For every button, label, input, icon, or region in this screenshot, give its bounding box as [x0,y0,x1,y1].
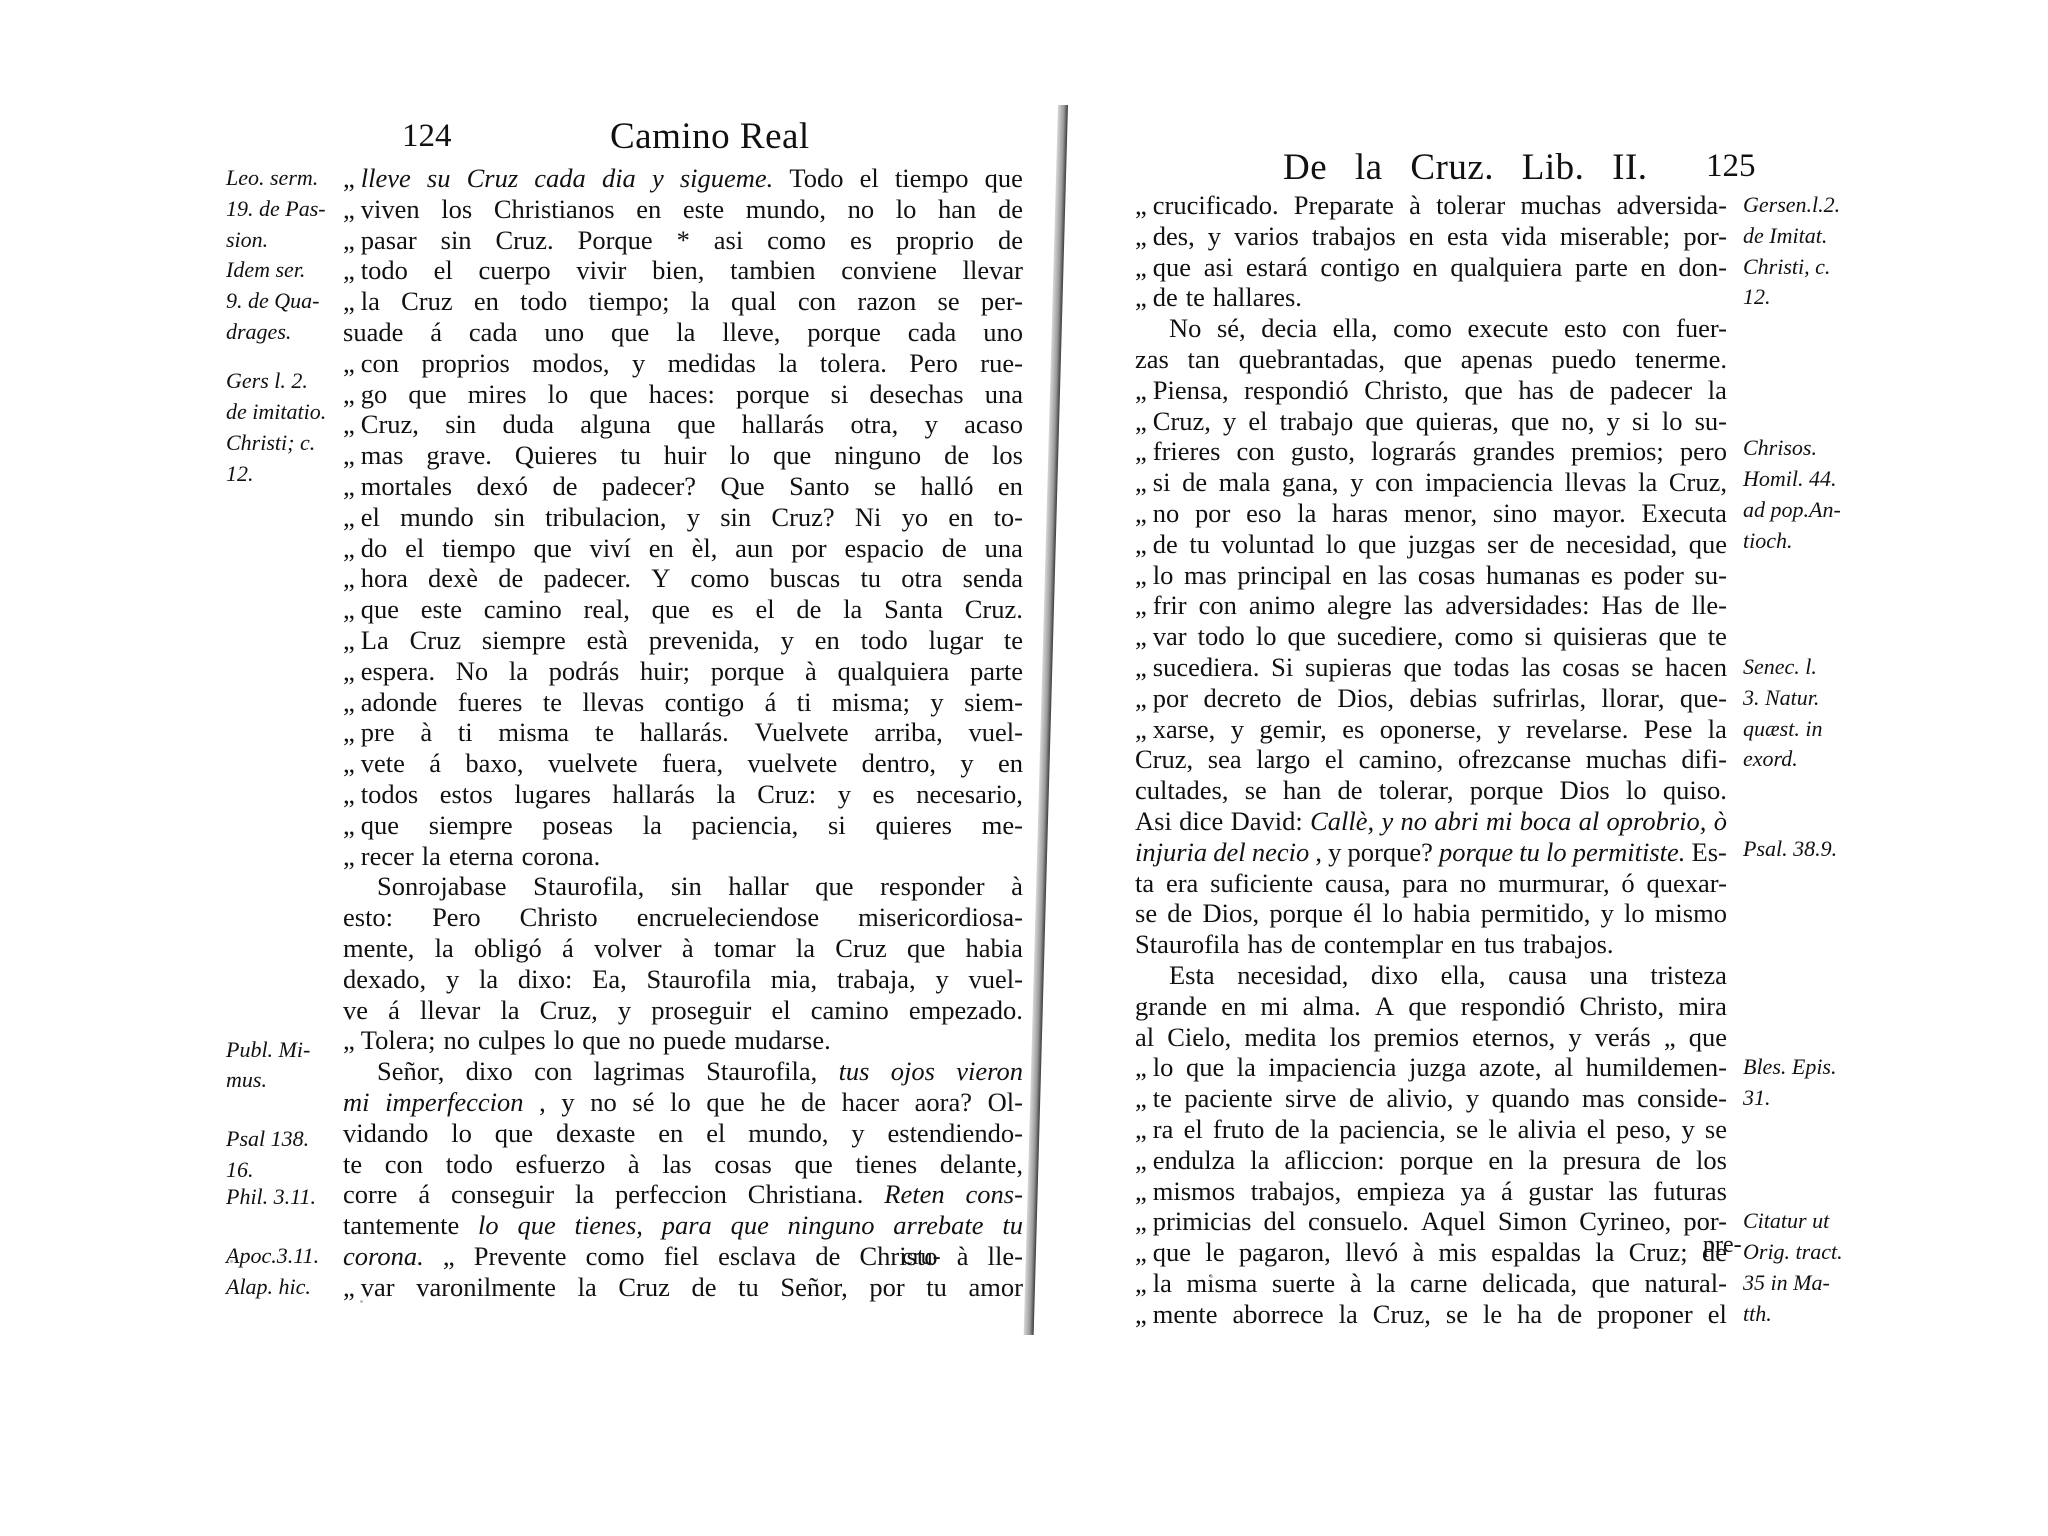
word: que [1186,1052,1224,1083]
word: al [1579,806,1600,837]
word: puedo [1552,344,1617,375]
text-line: „varvaronilmentelaCruzdetuSeñor,portuamo… [343,1272,1023,1303]
word: que [534,533,572,564]
word: le [1488,1114,1507,1145]
margin-note: Psal 138. [226,1124,309,1155]
word: de [552,471,577,502]
word: y [1497,714,1510,745]
word: por [1195,498,1230,529]
catchword: pre- [1703,1232,1742,1259]
word: de [498,563,523,594]
word: qualquiera [1450,252,1562,283]
word: volver [594,933,662,964]
word: premios [1374,1022,1459,1053]
word: senda [963,563,1023,594]
word: y [446,964,459,995]
word: tus [1484,929,1515,960]
quote-mark: „ [343,1025,355,1056]
word: razon [857,286,916,317]
text-line: „detuvoluntadloquejuzgasserdenecesidad,q… [1135,529,1727,560]
text-line: „primiciasdelconsuelo.AquelSimonCyrineo,… [1135,1206,1727,1237]
word: parte [1575,252,1628,283]
word: y [1681,1114,1694,1145]
word: de [1153,529,1178,560]
word: Christo, [1364,375,1449,406]
word: ya [1460,1176,1485,1207]
word: mundo, [748,1118,828,1149]
word: sirve [1285,1083,1337,1114]
word: cosas [714,1149,771,1180]
margin-note: 19. de Pas- [226,194,326,225]
word: quisieras [1553,621,1647,652]
quote-mark: „ [343,656,355,687]
word: porque [1470,775,1544,806]
word: * [677,225,690,256]
word: y [781,625,794,656]
word: empezado. [909,995,1023,1026]
word: haces: [649,379,715,410]
word: haras [1332,498,1388,529]
word: cons- [966,1179,1023,1210]
word: proprios [421,348,509,379]
body-text: „llevesuCruzcadadiaysigueme.Todoeltiempo… [343,163,1023,1302]
quote-mark: „ [1135,1299,1147,1330]
word: crucificado. [1153,190,1279,221]
word: mas [1184,560,1227,591]
word: si [1524,621,1542,652]
word: porque [711,656,785,687]
word: Pero [432,902,481,933]
word: me- [982,810,1023,841]
word: tambien [730,255,815,286]
word: Y [651,563,670,594]
text-line: mente,laobligóávolveràtomarlaCruzquehabi… [343,933,1023,964]
word: porque [807,317,881,348]
word: no [1460,868,1487,899]
text-line: „todoelcuerpovivirbien,tambienconvienell… [343,255,1023,286]
margin-note: Homil. 44. [1743,464,1837,495]
word: que [1288,621,1326,652]
text-line: vidandoloquedexasteenelmundo,yestendiend… [343,1118,1023,1149]
word: esto [1564,313,1607,344]
word: impaciencia [1425,467,1553,498]
word: como [586,1241,645,1272]
word: que [1358,529,1396,560]
word: Cielo, [1167,1022,1231,1053]
word: en [998,471,1023,502]
word: la [435,933,454,964]
text-line: „doeltiempoquevivíenèl,aunporespaciodeun… [343,533,1023,564]
word: de [1291,929,1316,960]
word: en [1342,560,1367,591]
word: està [587,625,628,656]
word: vida [1501,221,1547,252]
word: cada [908,317,957,348]
text-line: tecontodoesfuerzoàlascosasquetienesdelan… [343,1149,1023,1180]
word: Esta [1169,960,1215,991]
word: pagaron, [1239,1237,1331,1268]
word: cuerpo [478,255,550,286]
word: Preparate [1294,190,1394,221]
word: que [1592,1268,1630,1299]
word: var [1153,621,1187,652]
word: tu [926,1272,947,1303]
word: de [796,594,821,625]
word: Porque [578,225,653,256]
word: que [815,871,853,902]
word: lleve, [722,317,780,348]
word: lo [1256,621,1277,652]
text-line: „quelepagaron,llevóàmisespaldaslaCruz;de [1135,1237,1727,1268]
word: la [1376,1268,1395,1299]
word: injuria [1135,837,1207,868]
word: Cruz. [965,594,1023,625]
word: à [1350,1268,1362,1299]
word: arrebate [893,1210,983,1241]
word: tu [620,440,641,471]
text-line: „raelfrutodelapaciencia,selealiviaelpeso… [1135,1114,1727,1145]
word: Vuelvete [755,717,849,748]
word: que [1153,252,1191,283]
word: à [628,1149,640,1180]
word: sucediere, [1337,621,1444,652]
word: se [938,286,960,317]
word: ha [1517,1299,1542,1330]
word: principal [1237,560,1331,591]
word: contigo [665,687,745,718]
margin-note: Psal. 38.9. [1743,834,1837,865]
word: , [1315,837,1322,868]
word: halló [920,471,973,502]
word: tus [839,1056,870,1087]
word: necesidad, [1237,960,1348,991]
word: la [479,964,498,995]
word: Cyrineo, [1579,1206,1671,1237]
word: á [429,748,441,779]
word: pre [361,717,395,748]
margin-note: Alap. hic. [226,1272,311,1303]
word: quebrantadas, [1239,344,1385,375]
word: tomar [714,933,776,964]
word: la [643,810,662,841]
quote-mark: „ [1135,190,1147,221]
word: Cruz [467,163,519,194]
word: y [851,1118,864,1149]
word: Cruz, [1373,1299,1431,1330]
text-line: „Cruz,yeltrabajoquequieras,queno,ysilosu… [1135,406,1727,437]
word: de [1349,1083,1374,1114]
word: Dios, [1337,683,1394,714]
word: mortales [361,471,452,502]
word: Santa [884,594,943,625]
word: Executa [1642,498,1727,529]
text-line: „noporesolaharasmenor,sinomayor.Executa [1135,498,1727,529]
word: mi [1486,806,1513,837]
word: porque [1439,837,1513,868]
word: llorar, [1602,683,1665,714]
word: es [873,779,895,810]
text-line: „elmundosintribulacion,ysinCruz?Niyoento… [343,502,1023,533]
word: y [1208,221,1221,252]
word: mayor. [1553,498,1626,529]
word: y [652,163,664,194]
word: humanas [1486,560,1580,591]
word: lo [1626,775,1647,806]
word: debias [1409,683,1477,714]
word: trabajos [1312,221,1396,252]
word: necesario, [916,779,1023,810]
word: imperfeccion [385,1087,523,1118]
text-line: „Piensa,respondióChristo,quehasdepadecer… [1135,375,1727,406]
quote-mark: „ [343,286,355,317]
word: gana, [1282,467,1339,498]
quote-mark: „ [1135,1206,1147,1237]
word: Cruz: [757,779,816,810]
word: recer [361,841,414,872]
word: de [815,1241,840,1272]
text-line: Estanecesidad,dixoella,causaunatristeza [1135,960,1727,991]
word: á [765,687,777,718]
quote-mark: „ [343,533,355,564]
word: execute [1467,313,1548,344]
word: viví [590,533,631,564]
word: Cruz, [1153,406,1211,437]
word: llevas [1565,467,1627,498]
word: Staurofila [647,964,752,995]
word: Cruz [401,286,453,317]
word: se [874,471,896,502]
word: mente, [343,933,414,964]
word: padecer. [543,563,631,594]
word: sin [494,502,525,533]
text-line: alCielo,meditalospremioseternos,yverás„q… [1135,1022,1727,1053]
quote-mark: „ [343,194,355,225]
word: que [1689,1022,1727,1053]
word: Aquel [1421,1206,1486,1237]
word: mismo [1655,898,1727,929]
margin-note: 12. [1743,282,1771,313]
word: quiso. [1663,775,1727,806]
word: te [595,717,614,748]
word: por [869,1272,904,1303]
word: oponerse, [1380,714,1482,745]
word: largo [1256,744,1310,775]
word: à [1011,871,1023,902]
quote-mark: „ [1135,1052,1147,1083]
word: mala [1219,467,1271,498]
word: contigo [1320,252,1400,283]
word: viven [361,194,420,225]
word: es [712,594,734,625]
word: Piensa, [1153,375,1229,406]
word: lo [478,1210,499,1241]
quote-mark: „ [343,1272,355,1303]
text-line: „quesiempreposeaslapaciencia,siquieresme… [343,810,1023,841]
word: la [509,656,528,687]
word: buscas [770,563,841,594]
word: David: [1231,806,1303,837]
word: con [798,286,836,317]
word: las [1404,590,1433,621]
word: de [1557,1299,1582,1330]
margin-note: Gersen.l.2. [1743,190,1840,221]
word: huir [664,440,707,471]
word: á [388,995,400,1026]
word: tribulacion, [545,502,666,533]
word: poseas [542,810,613,841]
quote-mark: „ [343,502,355,533]
text-line: „LaCruzsiempreestàprevenida,yentodolugar… [343,625,1023,656]
word: lo [548,379,569,410]
word: te [343,1149,362,1180]
margin-note: sion. [226,225,268,256]
word: lle- [988,1241,1023,1272]
quote-mark: „ [1135,467,1147,498]
quote-mark: „ [1135,436,1147,467]
word: trabajos. [1523,929,1614,960]
word: siem- [964,687,1023,718]
margin-note: Christi; c. [226,428,315,459]
word: y [1350,467,1363,498]
word: Sonrojabase [377,871,507,902]
word: que [1408,991,1446,1022]
margin-note: Idem ser. [226,255,305,286]
word: las [1521,652,1550,683]
word: èl, [692,533,718,564]
word: Cruz? [771,502,834,533]
word: la [1529,1145,1548,1176]
text-line: taerasuficientecausa,paranomurmurar,óque… [1135,868,1727,899]
word: perfeccion [615,1179,727,1210]
word: hacer [842,1087,899,1118]
word: hallarás [613,779,695,810]
word: en [948,502,973,533]
word: esto: [343,902,393,933]
word: á [1501,1176,1513,1207]
word: otra [901,563,942,594]
word: mira [1678,991,1727,1022]
word: Cruz; [1629,1237,1688,1268]
word: no [443,1025,470,1056]
word: que [589,379,627,410]
word: ra [1153,1114,1174,1145]
word: dentro, [862,748,936,779]
word: y [935,964,948,995]
word: de [1655,590,1680,621]
text-line: dexado,yladixo:Ea,Staurofilamia,trabaja,… [343,964,1023,995]
word: à [1412,1237,1424,1268]
word: quexar- [1647,868,1727,899]
quote-mark: „ [343,255,355,286]
word: el [405,533,424,564]
quote-mark: „ [1135,590,1147,621]
word: ella, [1441,960,1486,991]
word: ve [343,995,368,1026]
text-line: „crucificado.Preparateàtolerarmuchasadve… [1135,190,1727,221]
word: todo [1198,621,1245,652]
margin-note: 3. Natur. [1743,683,1819,714]
word: proponer [1597,1299,1693,1330]
margin-note: Leo. serm. [226,163,318,194]
word: mundo [400,502,474,533]
word: y [561,1087,574,1118]
margin-note: ad pop.An- [1743,495,1841,526]
word: este [683,194,724,225]
word: porque [736,379,810,410]
word: que [706,1087,744,1118]
word: tristeza [1650,960,1727,991]
word: siempre [482,625,566,656]
word: No [456,656,488,687]
word: no [848,194,875,225]
paper-speck [360,1300,363,1303]
word: he [760,1087,785,1118]
word: le [1483,1299,1502,1330]
word: han [938,194,976,225]
quote-mark: „ [343,594,355,625]
word: medidas [668,348,756,379]
word: necio [1252,837,1309,868]
word: sé [632,1087,654,1118]
word: y [1328,837,1341,868]
word: baxo, [465,748,523,779]
word: esta [1447,221,1488,252]
word: à [1409,190,1421,221]
word: decia [1261,313,1317,344]
word: fuer- [1676,313,1727,344]
word: la [1595,1237,1614,1268]
word: lo [1326,529,1347,560]
margin-note: mus. [226,1065,267,1096]
word: aora? [915,1087,972,1118]
word: de [1529,529,1554,560]
word: vieron [956,1056,1023,1087]
word: y [1223,406,1236,437]
word: su- [1695,560,1727,591]
word: lo [1662,406,1683,437]
word: que [677,409,715,440]
word: él [1353,898,1372,929]
word: que [517,1210,555,1241]
word: gemir, [1259,714,1326,745]
word: mismos [1153,1176,1235,1207]
word: los [1330,1022,1361,1053]
margin-note: 16. [226,1155,254,1186]
text-line: „lamismasuerteàlacarnedelicada,quenatura… [1135,1268,1727,1299]
quote-mark: „ [1135,1083,1147,1114]
text-line: „todosestoslugareshallaráslaCruz:yesnece… [343,779,1023,810]
word: sin [720,502,751,533]
text-line: „frirconanimoalegrelasadversidades:Hasde… [1135,590,1727,621]
word: que [1689,529,1727,560]
word: del [1213,837,1245,868]
word: te [1153,1083,1172,1114]
word: y [618,995,631,1026]
word: á [562,933,574,964]
word: que [361,594,399,625]
word: ti [797,687,812,718]
word: „ [1664,1022,1676,1053]
word: Reten [884,1179,944,1210]
paper-speck [230,1260,233,1263]
word: por [1153,683,1188,714]
left-page: 124 Camino Real „llevesuCruzcadadiaysigu… [0,0,1060,1536]
word: eterna [449,841,514,872]
quote-mark: „ [1135,375,1147,406]
word: la [796,933,815,964]
word: de [1297,683,1322,714]
word: mundo, [746,194,826,225]
